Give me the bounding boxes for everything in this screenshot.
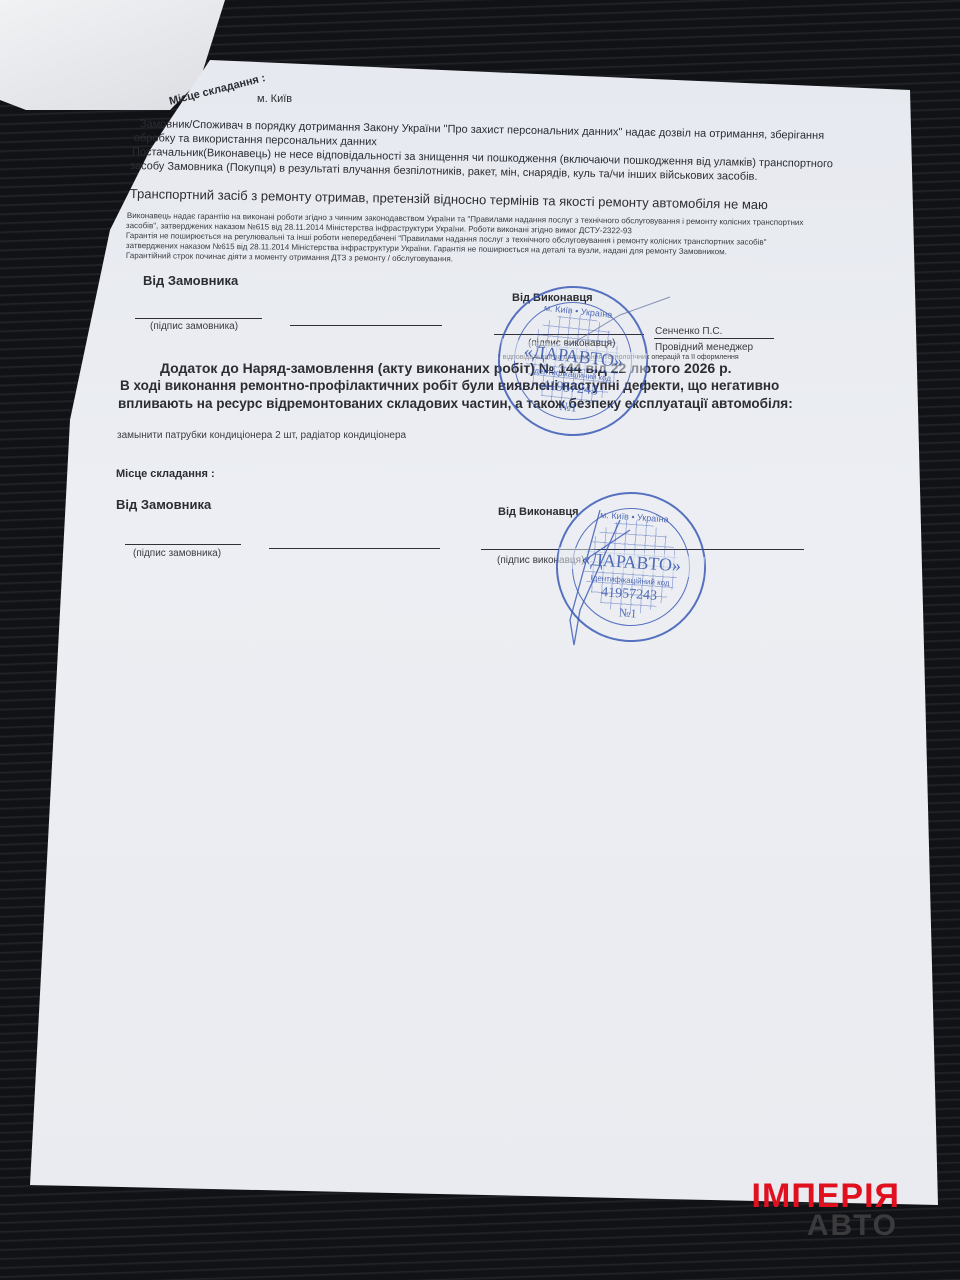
acceptance-statement: Транспортний засіб з ремонту отримав, пр… — [130, 186, 768, 212]
place-label: Місце складання : — [168, 72, 267, 108]
customer-heading-2: Від Замовника — [116, 497, 211, 512]
customer-signature-line-1 — [135, 318, 262, 319]
watermark-logo: ІМПЕРІЯ АВТО — [736, 1180, 900, 1240]
place-value: м. Київ — [257, 93, 292, 105]
appendix-place-label: Місце складання : — [116, 468, 215, 480]
document-content: Місце складання : м. Київ Замовник/Спожи… — [0, 0, 960, 1280]
customer-name-line-1 — [290, 325, 442, 326]
defects-intro-line-2: впливають на ресурс відремонтованих скла… — [118, 396, 793, 411]
watermark-line-1: ІМПЕРІЯ — [736, 1180, 900, 1212]
customer-caption-1: (підпис замовника) — [150, 321, 238, 332]
watermark-line-2: АВТО — [736, 1212, 898, 1240]
customer-caption-2: (підпис замовника) — [133, 548, 221, 559]
signature-scribble-icon — [560, 295, 680, 355]
defects-intro-line-1: В ході виконання ремонтно-профілактичних… — [120, 378, 779, 393]
signature-scribble-icon — [560, 500, 640, 650]
customer-heading-1: Від Замовника — [143, 273, 238, 288]
customer-signature-line-2 — [125, 544, 241, 545]
defects-text: замынити патрубки кондиціонера 2 шт, рад… — [117, 430, 406, 441]
customer-name-line-2 — [269, 548, 440, 549]
